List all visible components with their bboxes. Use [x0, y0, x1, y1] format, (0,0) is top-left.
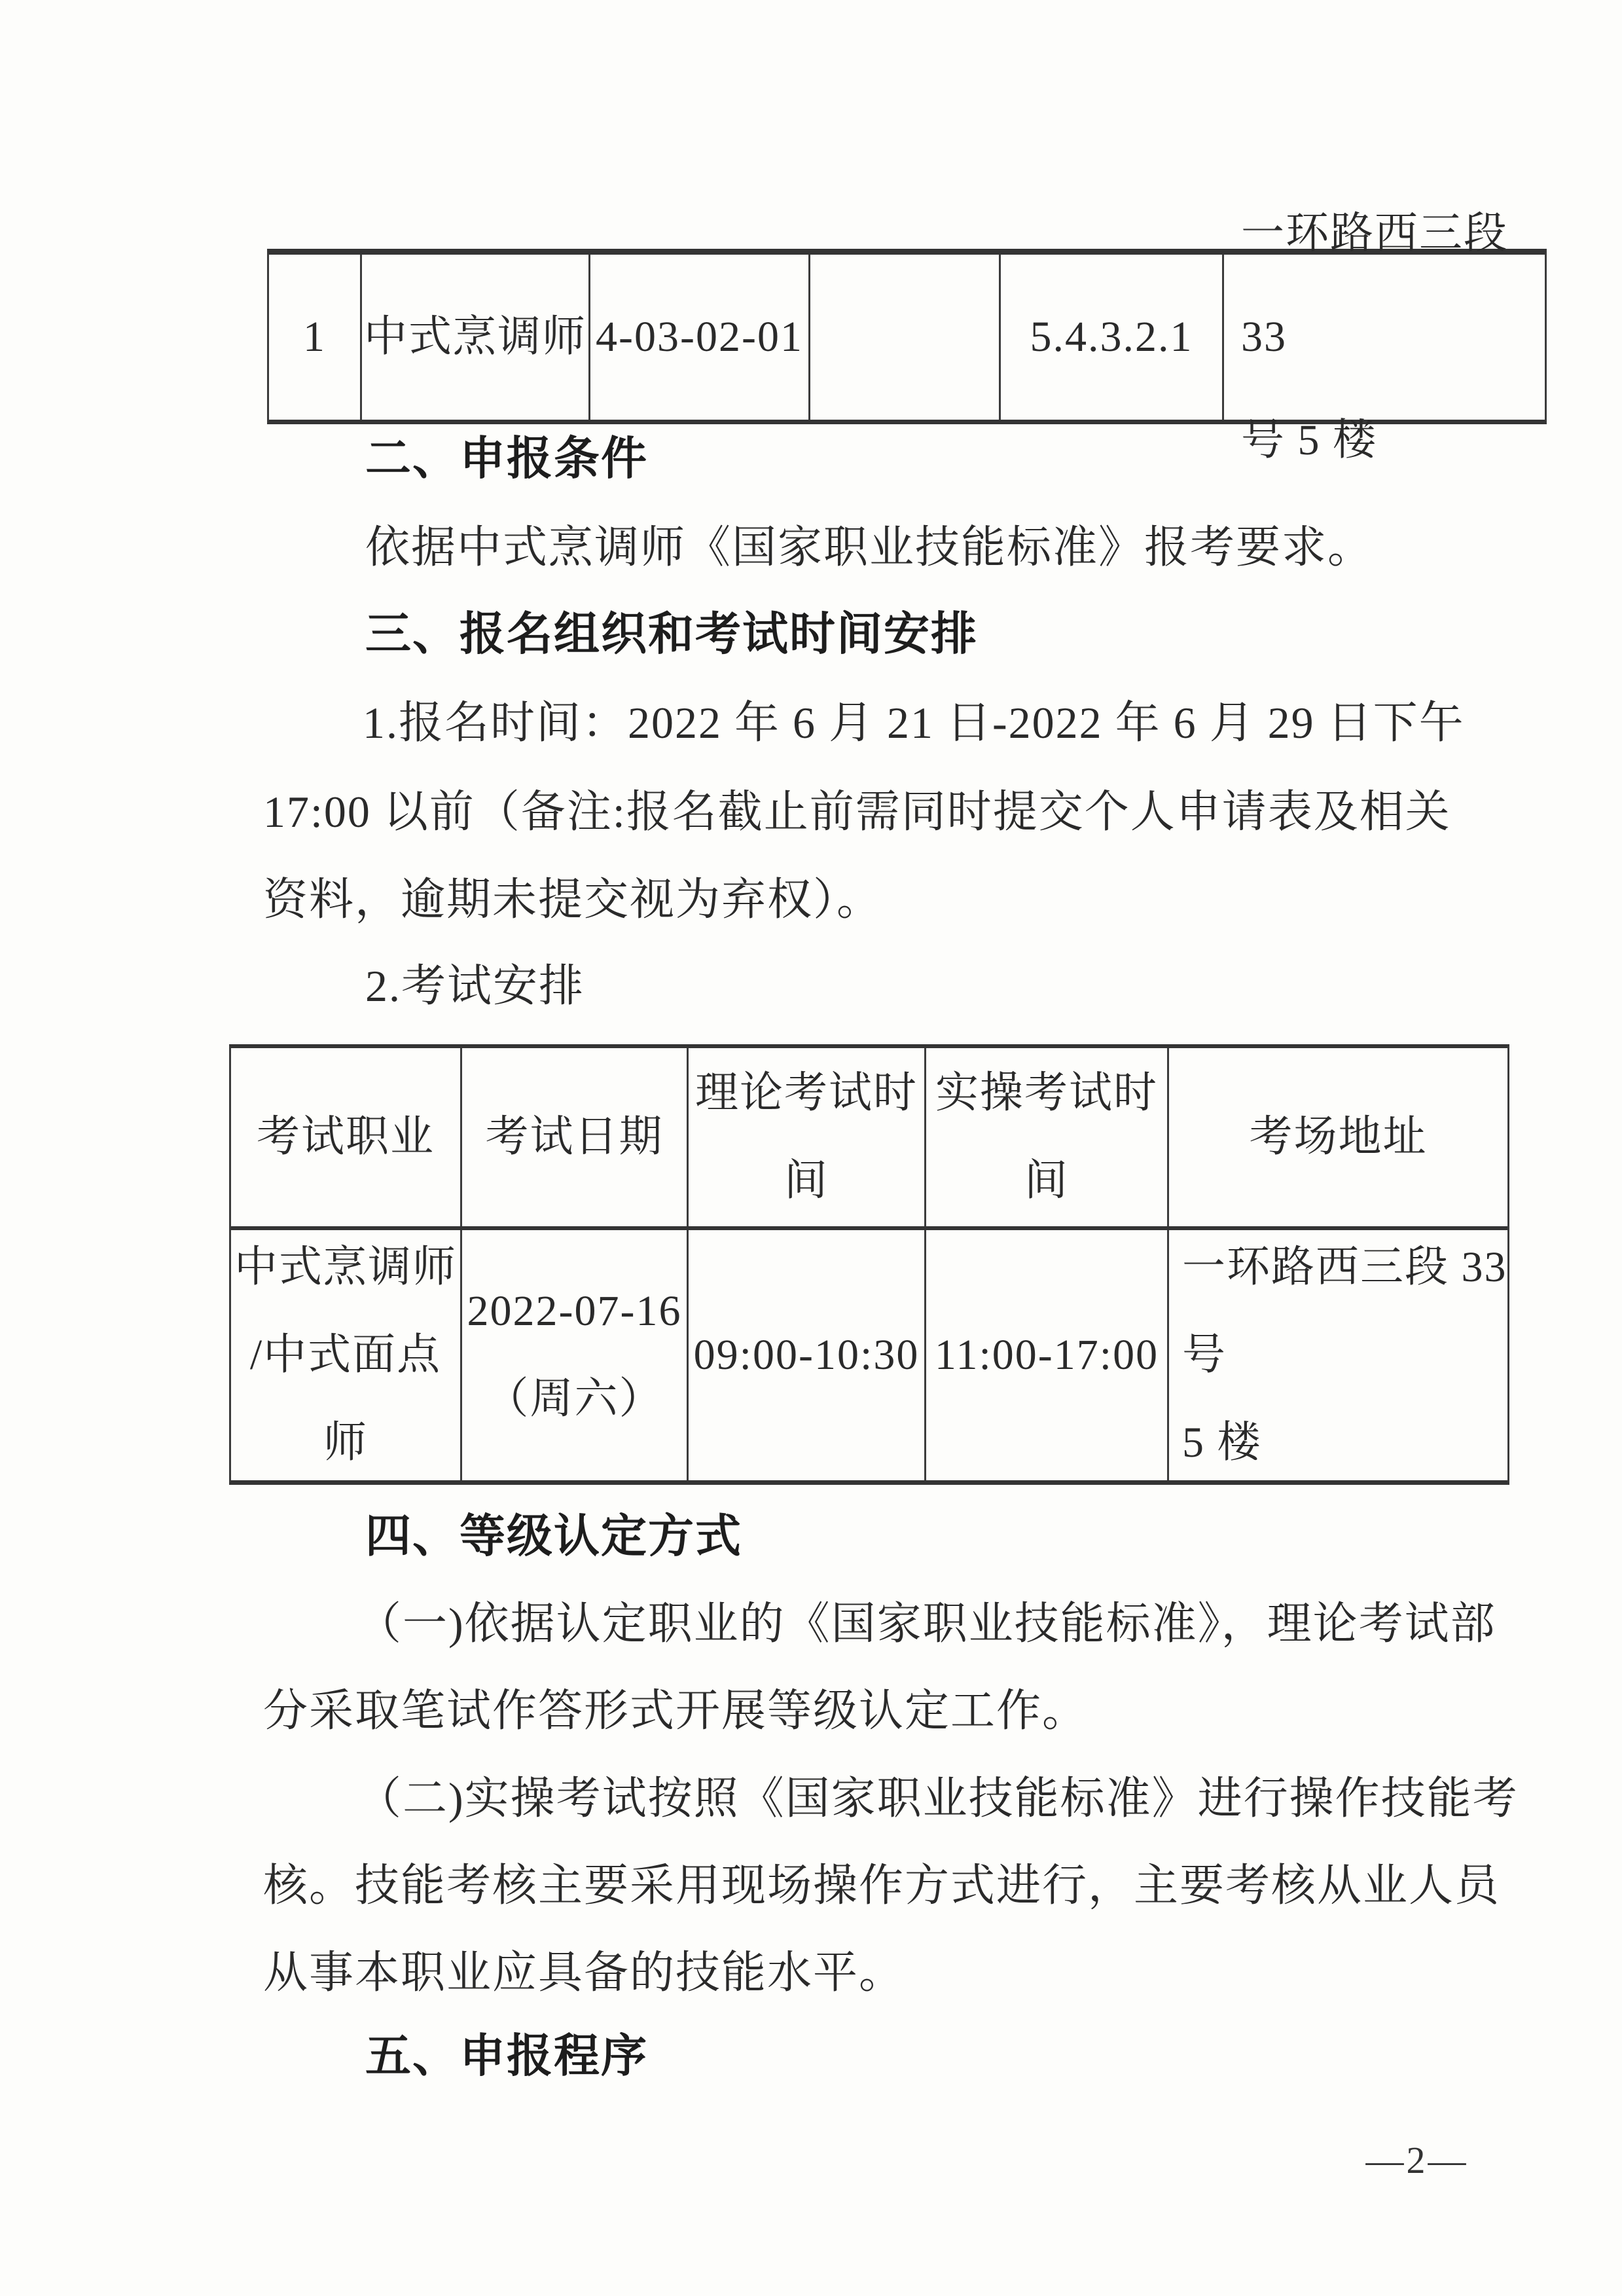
header-label: 间 [1024, 1137, 1069, 1225]
date-line: （周六） [486, 1355, 664, 1443]
practical-time-value: 11:00-17:00 [935, 1311, 1159, 1399]
page-number: —2— [1365, 2134, 1469, 2187]
header-label: 间 [784, 1137, 829, 1225]
header-date: 考试日期 [462, 1048, 687, 1226]
occupation-line: 师 [323, 1399, 368, 1487]
header-label: 考试日期 [486, 1093, 664, 1181]
occupation-line: /中式面点 [250, 1311, 441, 1399]
address-line: 一环路西三段 33 [1241, 182, 1562, 389]
cell-code: 4-03-02-01 [590, 255, 808, 420]
cell-empty [810, 255, 999, 420]
section-4-line-3: （二)实操考试按照《国家职业技能标准》进行操作技能考 [357, 1772, 1519, 1825]
cell-address: 一环路西三段 33 号 5 楼 [1224, 255, 1562, 420]
section-5-heading: 五、申报程序 [365, 2030, 648, 2082]
levels-value: 5.4.3.2.1 [1030, 293, 1193, 381]
code-value: 4-03-02-01 [596, 293, 803, 381]
header-theory-time: 理论考试时 间 [689, 1048, 924, 1226]
venue-line: 一环路西三段 33 号 [1182, 1224, 1521, 1399]
theory-time-value: 09:00-10:30 [694, 1311, 920, 1399]
section-4-line-2: 分采取笔试作答形式开展等级认定工作。 [263, 1685, 1088, 1737]
section-2-paragraph: 依据中式烹调师《国家职业技能标准》报考要求。 [365, 521, 1373, 574]
venue-line: 5 楼 [1182, 1399, 1262, 1487]
header-label: 实操考试时 [935, 1049, 1158, 1137]
header-label: 考试职业 [257, 1093, 435, 1181]
seq-value: 1 [303, 293, 326, 381]
header-label: 考场地址 [1250, 1093, 1428, 1181]
occupation-line: 中式烹调师 [234, 1224, 457, 1311]
section-2-heading: 二、申报条件 [365, 432, 648, 484]
cell-venue: 一环路西三段 33 号 5 楼 [1169, 1230, 1521, 1480]
cell-occupation: 中式烹调师 [362, 255, 588, 420]
cell-theory-time: 09:00-10:30 [689, 1230, 924, 1480]
cell-exam-date: 2022-07-16 （周六） [462, 1230, 687, 1480]
section-3-line-2: 17:00 以前（备注:报名截止前需同时提交个人申请表及相关 [263, 786, 1451, 838]
header-occupation: 考试职业 [231, 1048, 460, 1226]
section-4-line-4: 核。技能考核主要采用现场操作方式进行，主要考核从业人员 [263, 1859, 1500, 1912]
date-line: 2022-07-16 [467, 1267, 682, 1355]
section-4-line-1: （一)依据认定职业的《国家职业技能标准》，理论考试部 [357, 1597, 1496, 1650]
continued-table: 1 中式烹调师 4-03-02-01 5.4.3.2.1 一环路西三段 33 号… [267, 249, 1547, 424]
header-practical-time: 实操考试时 间 [926, 1048, 1167, 1226]
section-4-heading: 四、等级认定方式 [365, 1510, 742, 1562]
document-page: 1 中式烹调师 4-03-02-01 5.4.3.2.1 一环路西三段 33 号… [0, 0, 1622, 2296]
section-3-line-4: 2.考试安排 [365, 960, 585, 1012]
section-4-line-5: 从事本职业应具备的技能水平。 [263, 1946, 905, 1999]
cell-exam-occupation: 中式烹调师 /中式面点 师 [231, 1230, 460, 1480]
cell-practical-time: 11:00-17:00 [926, 1230, 1167, 1480]
section-3-heading: 三、报名组织和考试时间安排 [365, 608, 978, 660]
section-3-line-3: 资料，逾期未提交视为弃权）。 [263, 873, 882, 926]
section-3-line-1: 1.报名时间：2022 年 6 月 21 日-2022 年 6 月 29 日下午 [363, 697, 1465, 749]
occupation-value: 中式烹调师 [364, 293, 586, 381]
header-label: 理论考试时 [695, 1049, 918, 1137]
exam-schedule-table: 考试职业 考试日期 理论考试时 间 实操考试时 间 考场地址 中式烹调师 /中式… [229, 1044, 1509, 1485]
address-line: 号 5 楼 [1241, 389, 1377, 492]
header-venue: 考场地址 [1169, 1048, 1507, 1226]
cell-seq: 1 [269, 255, 360, 420]
cell-levels: 5.4.3.2.1 [1001, 255, 1222, 420]
